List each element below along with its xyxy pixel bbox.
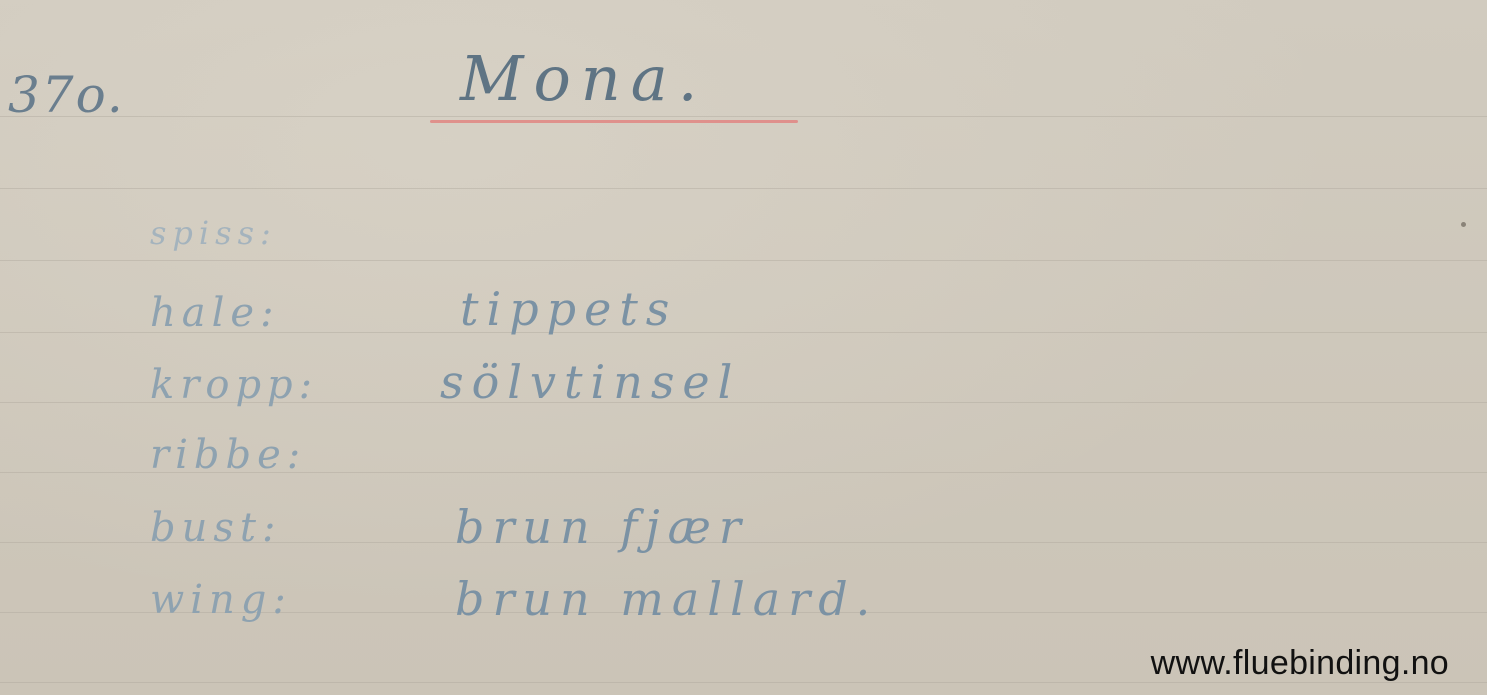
recipe-label-wing: wing:	[150, 577, 292, 623]
ruled-line	[0, 260, 1487, 261]
recipe-value-hale: tippets	[460, 282, 677, 336]
notebook-page: 37o. Mona. spiss: hale: tippets kropp: s…	[0, 0, 1487, 695]
ruled-line	[0, 188, 1487, 189]
recipe-value-wing: brun mallard.	[455, 572, 878, 626]
watermark-url: www.fluebinding.no	[1151, 644, 1449, 683]
recipe-value-bust: brun fjær	[455, 500, 749, 554]
recipe-label-bust: bust:	[150, 505, 281, 551]
ruled-line	[0, 116, 1487, 117]
paper-speck	[1461, 222, 1466, 227]
fly-title: Mona.	[460, 42, 707, 115]
recipe-label-kropp: kropp:	[150, 362, 318, 408]
recipe-label-hale: hale:	[150, 290, 280, 336]
recipe-value-kropp: sölvtinsel	[440, 355, 740, 409]
entry-number: 37o.	[8, 66, 125, 124]
recipe-label-ribbe: ribbe:	[150, 432, 306, 478]
title-underline	[430, 120, 798, 123]
recipe-label-spiss: spiss:	[150, 214, 277, 252]
